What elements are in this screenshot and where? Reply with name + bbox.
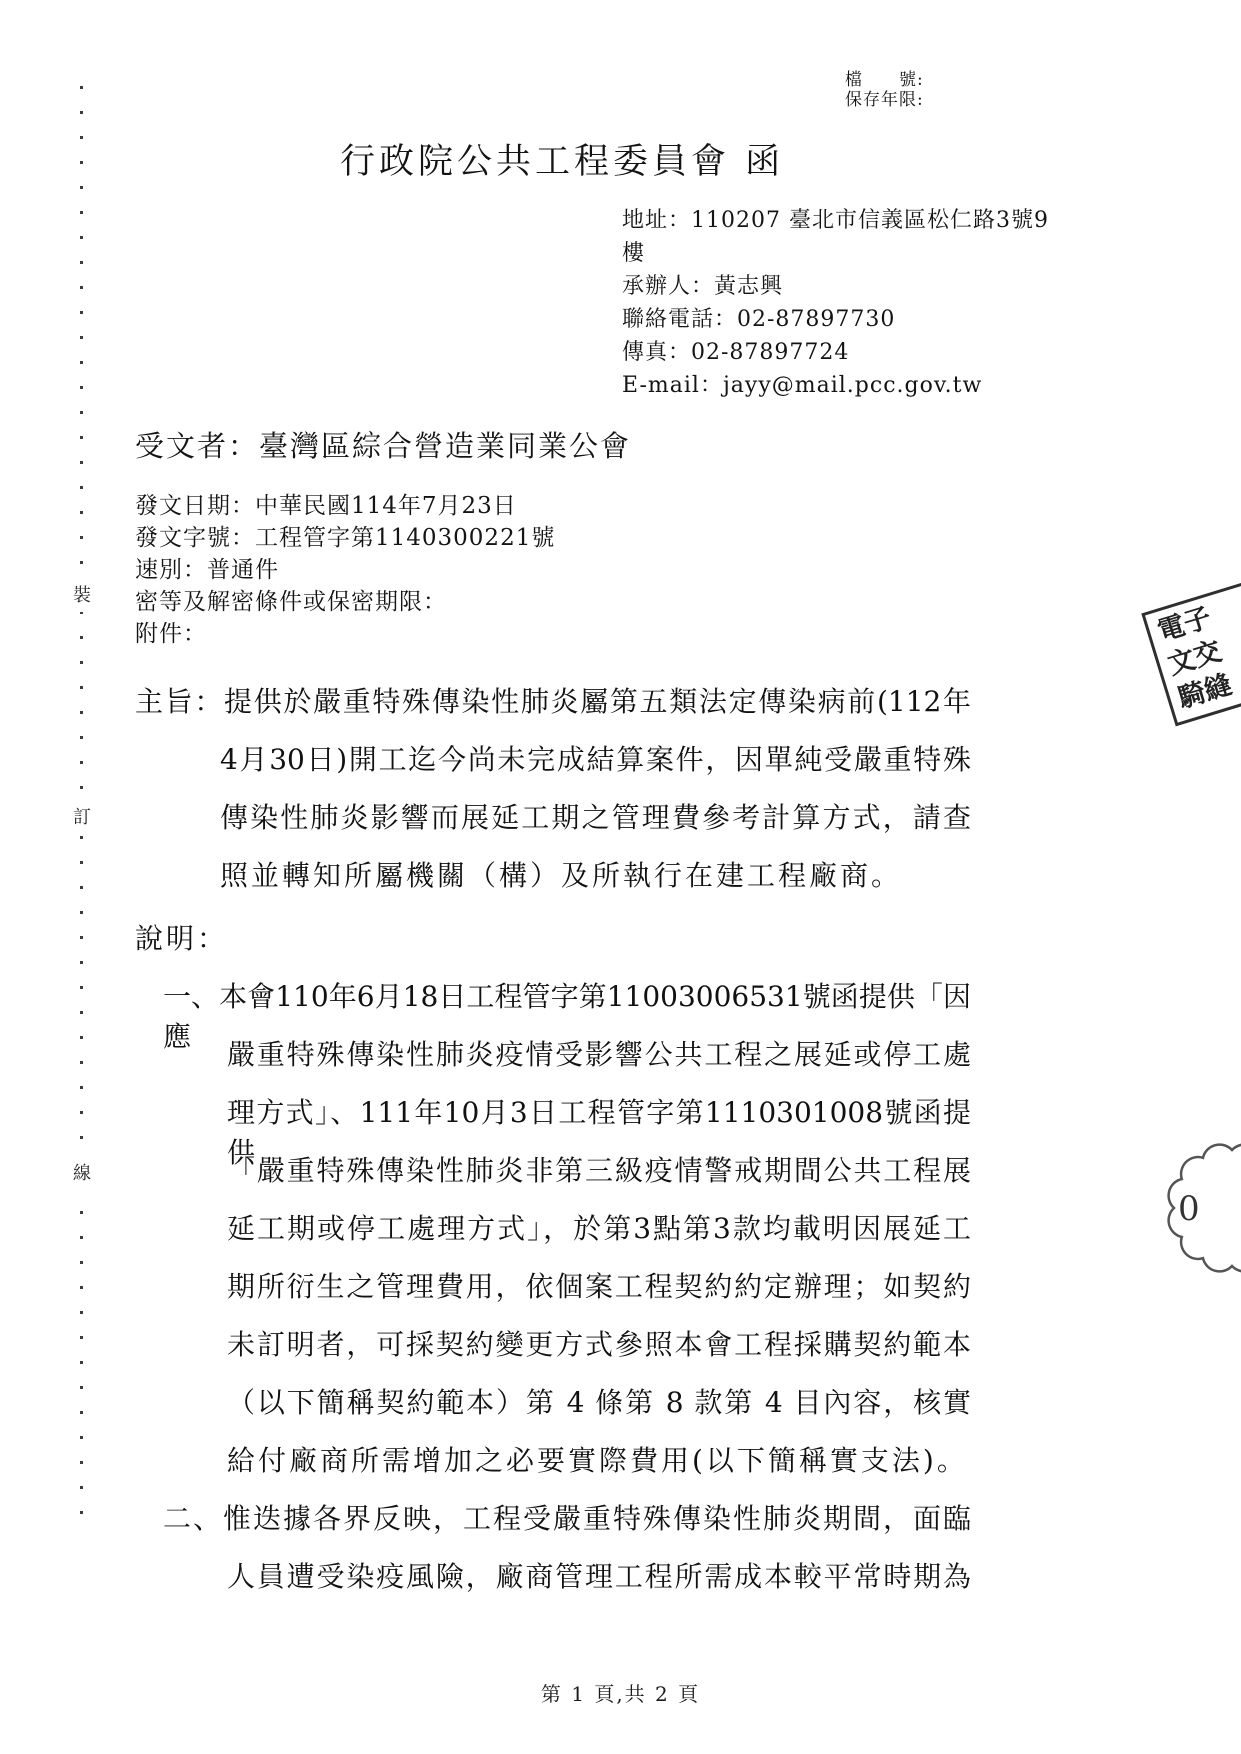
- agency-address-line1: 地址：110207 臺北市信義區松仁路3號9: [622, 204, 1049, 237]
- attachment-label: 附件：: [135, 618, 555, 650]
- agency-info-block: 地址：110207 臺北市信義區松仁路3號9 樓 承辦人：黃志興 聯絡電話：02…: [622, 204, 1049, 402]
- agency-phone: 聯絡電話：02-87897730: [622, 303, 1049, 336]
- electronic-exchange-stamp: 電子 文交 騎縫: [1141, 580, 1241, 727]
- file-number-label: 檔 號:: [845, 70, 924, 90]
- explanation-item1-line-4: 「嚴重特殊傳染性肺炎非第三級疫情警戒期間公共工程展: [227, 1151, 971, 1191]
- subject-line-1: 主旨：提供於嚴重特殊傳染性肺炎屬第五類法定傳染病前(112年: [135, 682, 971, 722]
- subject-text: 提供於嚴重特殊傳染性肺炎屬第五類法定傳染病前(112年: [224, 685, 971, 718]
- document-title: 行政院公共工程委員會 函: [340, 134, 784, 184]
- speed-class: 速別：普通件: [135, 554, 555, 586]
- explanation-item2-line-1: 二、惟迭據各界反映，工程受嚴重特殊傳染性肺炎期間，面臨: [163, 1499, 971, 1539]
- agency-fax: 傳真：02-87897724: [622, 336, 1049, 369]
- explanation-item1-line-9: 給付廠商所需增加之必要實際費用(以下簡稱實支法)。: [227, 1441, 968, 1481]
- item2-number: 二、: [163, 1502, 223, 1535]
- explanation-item1-line-5: 延工期或停工處理方式」，於第3點第3款均載明因展延工: [227, 1209, 971, 1249]
- explanation-item1-line-8: （以下簡稱契約範本）第 4 條第 8 款第 4 目內容，核實: [227, 1383, 971, 1423]
- issue-date: 發文日期：中華民國114年7月23日: [135, 490, 555, 522]
- explanation-item1-line-7: 未訂明者，可採契約變更方式參照本會工程採購契約範本: [227, 1325, 971, 1365]
- subject-line-2: 4月30日)開工迄今尚未完成結算案件，因單純受嚴重特殊: [220, 740, 971, 780]
- agency-contact-person: 承辦人：黃志興: [622, 270, 1049, 303]
- binding-label-xian: 線: [68, 1154, 96, 1190]
- security-class: 密等及解密條件或保密期限：: [135, 586, 555, 618]
- doc-number: 發文字號：工程管字第1140300221號: [135, 522, 555, 554]
- explanation-item1-line-6: 期所衍生之管理費用，依個案工程契約約定辦理；如契約: [227, 1267, 971, 1307]
- item2-text: 惟迭據各界反映，工程受嚴重特殊傳染性肺炎期間，面臨: [223, 1502, 971, 1535]
- seal-digit: 0: [1178, 1189, 1200, 1229]
- explanation-item2-line-2: 人員遭受染疫風險，廠商管理工程所需成本較平常時期為: [227, 1557, 971, 1597]
- scalloped-seal-stamp: 0: [1162, 1138, 1241, 1278]
- agency-email: E-mail：jayy@mail.pcc.gov.tw: [622, 369, 1049, 402]
- page-footer: 第 1 頁,共 2 頁: [0, 1678, 1241, 1707]
- item1-number: 一、: [163, 980, 219, 1013]
- subject-label: 主旨：: [135, 685, 224, 718]
- explanation-item1-line-2: 嚴重特殊傳染性肺炎疫情受影響公共工程之展延或停工處: [227, 1035, 971, 1075]
- subject-line-4: 照並轉知所屬機關（構）及所執行在建工程廠商。: [220, 856, 902, 896]
- explanation-label: 說明：: [135, 919, 228, 959]
- binding-label-ding: 訂: [68, 798, 96, 834]
- agency-address-line2: 樓: [622, 237, 1049, 270]
- binding-label-zhuang: 裝: [68, 576, 96, 612]
- retention-period-label: 保存年限:: [845, 90, 924, 110]
- official-letter-page: 裝 訂 線 檔 號: 保存年限: 行政院公共工程委員會 函 地址：110207 …: [0, 0, 1241, 1754]
- subject-line-3: 傳染性肺炎影響而展延工期之管理費參考計算方式，請查: [220, 798, 971, 838]
- recipient-line: 受文者：臺灣區綜合營造業同業公會: [135, 424, 631, 465]
- meta-block: 發文日期：中華民國114年7月23日 發文字號：工程管字第1140300221號…: [135, 490, 555, 650]
- file-number-block: 檔 號: 保存年限:: [845, 70, 924, 110]
